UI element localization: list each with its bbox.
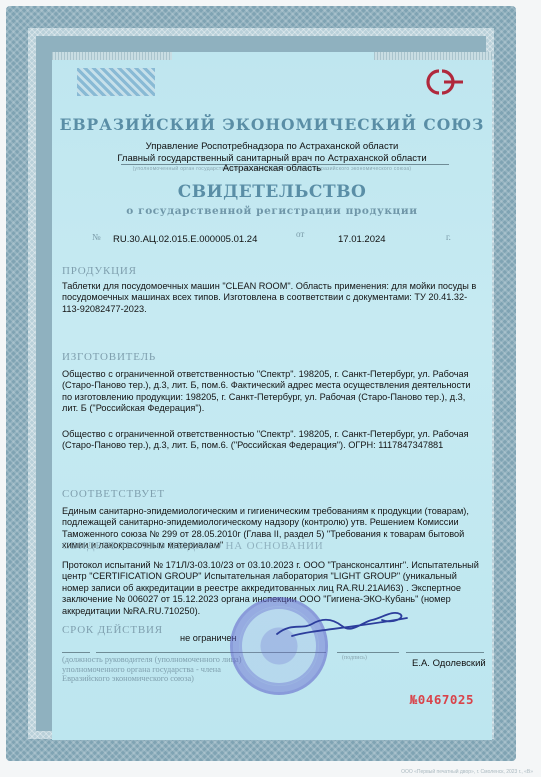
signature-hint: (подпись): [342, 655, 367, 661]
certificate-number: RU.30.АЦ.02.015.Е.000005.01.24: [113, 234, 257, 245]
number-label: №: [92, 232, 101, 243]
security-strip-right: [374, 52, 492, 60]
signer-name: Е.А. Одолевский: [412, 658, 486, 669]
manufacturer-heading: ИЗГОТОВИТЕЛЬ: [62, 351, 156, 363]
authority-line-1: Управление Роспотребнадзора по Астраханс…: [52, 141, 492, 153]
se-logo-icon: [420, 66, 466, 98]
certificate-sheet: ЕВРАЗИЙСКИЙ ЭКОНОМИЧЕСКИЙ СОЮЗ Управлени…: [52, 52, 492, 740]
signature-line: [337, 652, 399, 653]
date-label: от: [296, 229, 304, 240]
product-text: Таблетки для посудомоечных машин "CLEAN …: [62, 281, 480, 315]
region: Астраханская область: [52, 163, 492, 174]
form-serial-number: №0467025: [410, 692, 474, 707]
manufacturer-text: Общество с ограниченной ответственностью…: [62, 369, 480, 415]
validity-heading: СРОК ДЕЙСТВИЯ: [62, 624, 163, 636]
document-subtitle: о государственной регистрации продукции: [52, 205, 492, 217]
product-heading: ПРОДУКЦИЯ: [62, 265, 137, 277]
hologram-icon: [77, 68, 155, 96]
year-suffix: г.: [446, 232, 451, 243]
basis-heading: СВИДЕТЕЛЬСТВО ВЫДАНО НА ОСНОВАНИИ: [62, 540, 324, 552]
position-line-short: [62, 652, 90, 653]
certificate-border: ЕВРАЗИЙСКИЙ ЭКОНОМИЧЕСКИЙ СОЮЗ Управлени…: [6, 6, 516, 761]
name-line: [406, 652, 484, 653]
complies-heading: СООТВЕТСТВУЕТ: [62, 488, 165, 500]
issuing-authority: Управление Роспотребнадзора по Астраханс…: [52, 141, 492, 165]
union-title: ЕВРАЗИЙСКИЙ ЭКОНОМИЧЕСКИЙ СОЮЗ: [52, 115, 492, 134]
validity-value: не ограничен: [180, 633, 237, 644]
security-strip-left: [52, 52, 172, 60]
applicant-text: Общество с ограниченной ответственностью…: [62, 429, 480, 452]
certificate-date: 17.01.2024: [338, 234, 386, 245]
signature-icon: [272, 600, 412, 640]
document-title: СВИДЕТЕЛЬСТВО: [52, 182, 492, 202]
printer-imprint: ООО «Первый печатный двор», г. Смоленск,…: [401, 769, 533, 775]
